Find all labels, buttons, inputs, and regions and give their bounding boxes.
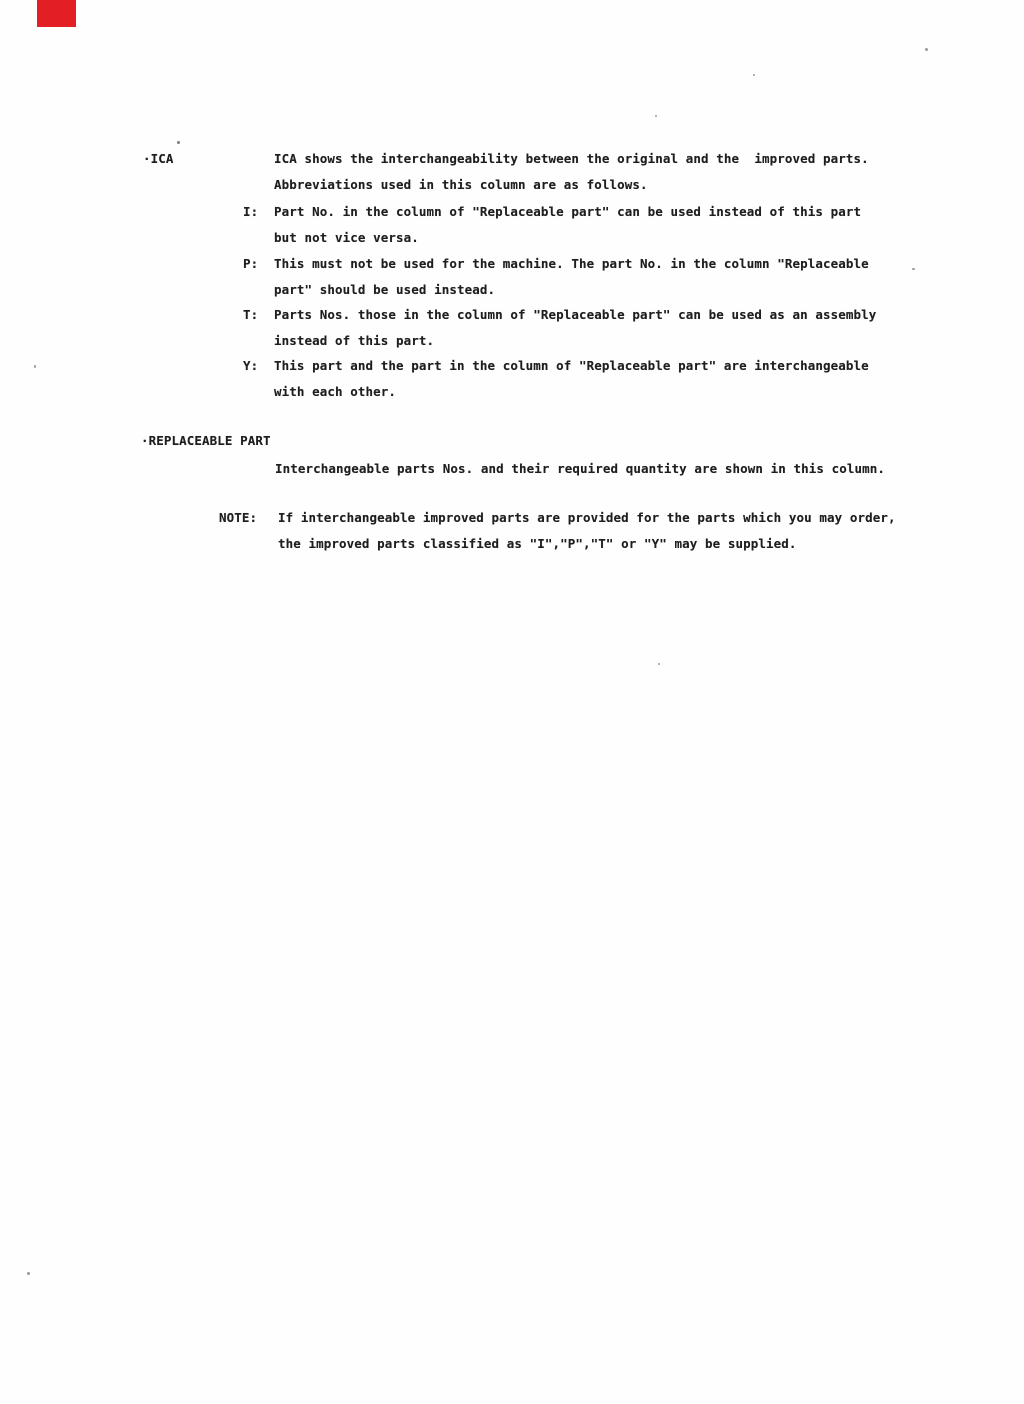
ica-item-p-line-1: This must not be used for the machine. T… [274, 256, 869, 272]
ica-item-t-line-2: instead of this part. [274, 333, 434, 349]
ica-item-key-i: I: [243, 204, 258, 220]
red-stamp [37, 0, 76, 27]
ica-item-key-p: P: [243, 256, 258, 272]
ica-item-key-y: Y: [243, 358, 258, 374]
ica-item-p-line-2: part" should be used instead. [274, 282, 495, 298]
scan-speck [753, 74, 755, 76]
scan-speck [912, 268, 915, 270]
note-line-1: If interchangeable improved parts are pr… [278, 510, 896, 526]
ica-item-i-line-1: Part No. in the column of "Replaceable p… [274, 204, 861, 220]
document-page: ·ICA ICA shows the interchangeability be… [0, 0, 1024, 1404]
ica-item-key-t: T: [243, 307, 258, 323]
ica-intro-line-1: ICA shows the interchangeability between… [274, 151, 869, 167]
scan-speck [658, 663, 660, 665]
scan-speck [177, 141, 180, 144]
note-label: NOTE: [219, 510, 257, 526]
ica-item-i-line-2: but not vice versa. [274, 230, 419, 246]
replaceable-section-label: ·REPLACEABLE PART [141, 433, 271, 449]
ica-section-label: ·ICA [143, 151, 174, 167]
note-line-2: the improved parts classified as "I","P"… [278, 536, 797, 552]
replaceable-section-body: Interchangeable parts Nos. and their req… [275, 461, 885, 477]
scan-speck [27, 1272, 30, 1275]
ica-item-t-line-1: Parts Nos. those in the column of "Repla… [274, 307, 876, 323]
scan-speck [925, 48, 928, 51]
ica-item-y-line-2: with each other. [274, 384, 396, 400]
ica-intro-line-2: Abbreviations used in this column are as… [274, 177, 648, 193]
scan-speck [655, 115, 657, 117]
ica-item-y-line-1: This part and the part in the column of … [274, 358, 869, 374]
scan-speck [34, 365, 36, 368]
